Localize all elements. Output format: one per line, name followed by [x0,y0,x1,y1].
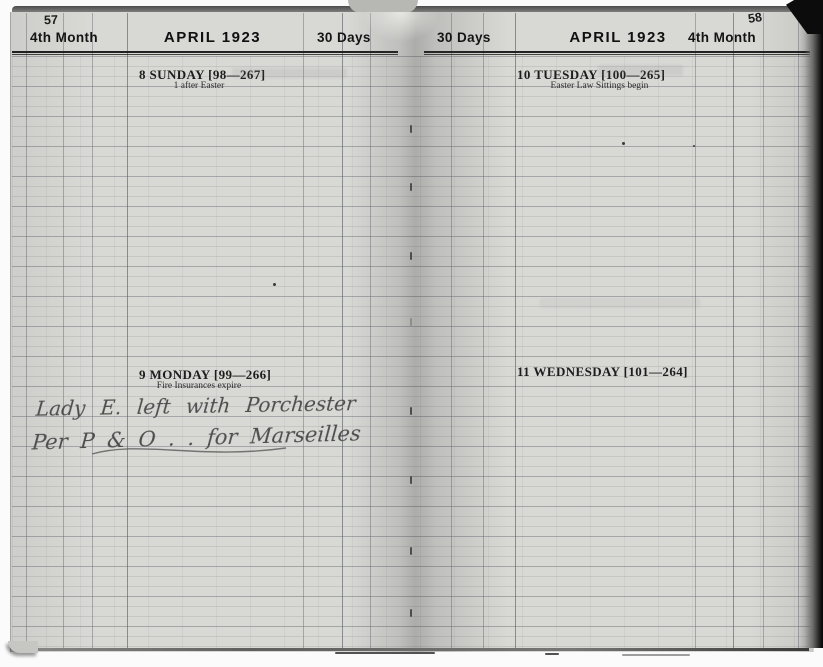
binding-stitch [410,318,412,326]
book-bottom-edge [14,648,809,651]
gutter-shadow [10,12,813,652]
day-note-monday: Fire Insurances expire [139,381,259,391]
paper-speck [273,283,276,286]
binding-stitch [410,183,412,191]
page-number-left: 57 [44,13,58,27]
pen-flourish [90,438,290,462]
day-note-tuesday: Easter Law Sittings begin [517,81,682,91]
edge-mark [622,654,690,656]
day-heading-wednesday: 11 WEDNESDAY [101—264] [517,364,688,380]
days-count-right: 30 Days [437,30,491,45]
paper-speck [622,142,625,145]
binding-stitch [410,125,412,133]
month-ordinal-left: 4th Month [30,30,98,45]
binding-stitch [410,407,412,415]
binding-stitch [410,609,412,617]
ink-showthrough [232,68,347,78]
gutter-headband [362,12,440,42]
page-edge-stack [798,16,823,648]
binding-stitch [410,476,412,484]
day-note-sunday: 1 after Easter [139,81,259,91]
month-ordinal-right: 4th Month [688,30,756,45]
days-count-left: 30 Days [317,30,371,45]
scanner-background [0,652,823,667]
diary-scan: 57 4th Month APRIL 1923 30 Days 8 SUNDAY… [0,0,823,667]
page-title-right: APRIL 1923 [548,29,688,46]
binding-stitch [410,252,412,260]
page-number-right: 58 [747,10,763,26]
binding-stitch [410,547,412,555]
ink-showthrough [540,298,700,308]
page-title-left: APRIL 1923 [145,29,280,46]
paper-speck [693,145,695,147]
ink-showthrough [598,65,683,76]
edge-mark [335,652,435,654]
edge-mark [545,653,559,655]
